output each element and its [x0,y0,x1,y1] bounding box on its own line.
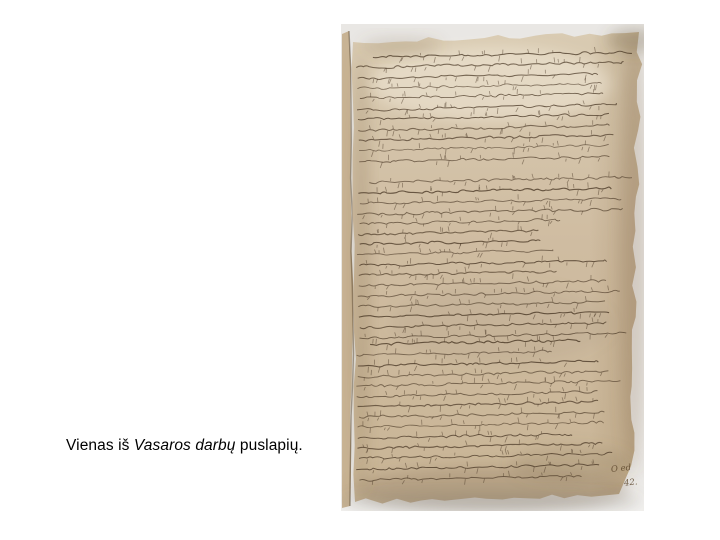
catchword-mark: O ed [611,463,632,475]
caption-prefix: Vienas iš [66,437,134,454]
manuscript-scan-svg [341,24,644,511]
manuscript-photo: O ed 42. [341,24,644,511]
caption-suffix: puslapių. [235,437,302,454]
caption-book-title: Vasaros darbų [134,437,236,454]
page-number-mark: 42. [624,477,639,488]
caption: Vienas iš Vasaros darbų puslapių. [66,436,303,455]
slide-canvas: Vienas iš Vasaros darbų puslapių. O ed 4… [0,0,720,540]
